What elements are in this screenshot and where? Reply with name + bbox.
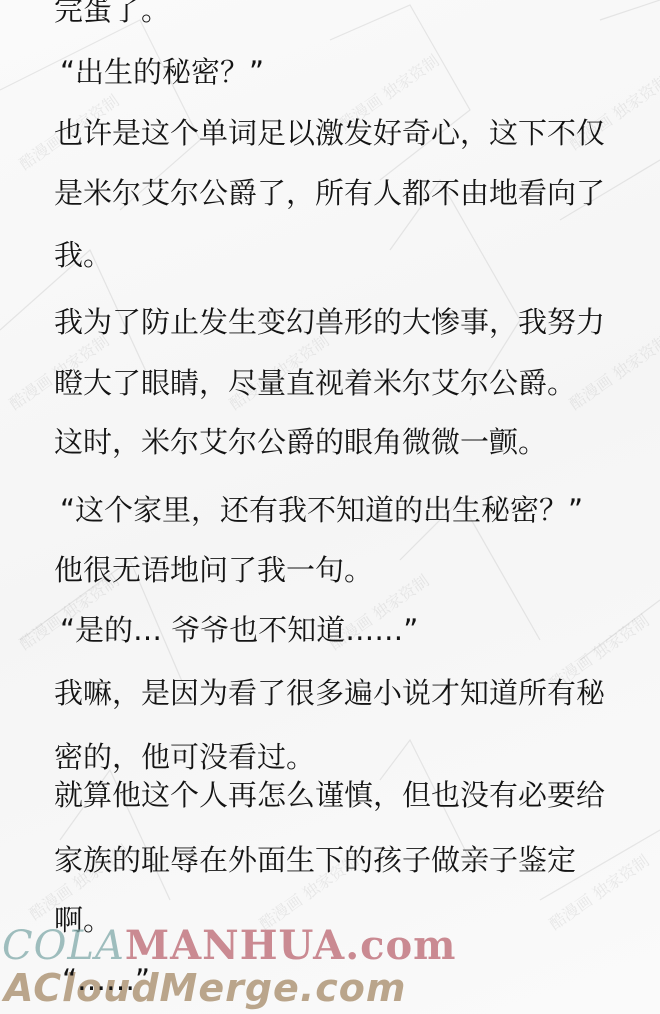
dialogue-line-ellipsis: “……” [62,962,150,998]
text-line: 也许是这个单词足以激发好奇心，这下不仅 [54,115,605,151]
text-line: 他很无语地问了我一句。 [54,552,373,588]
dialogue-line: “出生的秘密？” [60,54,264,90]
text-line: 这时，米尔艾尔公爵的眼角微微一颤。 [54,424,547,460]
text-line: 完蛋了。 [54,0,170,28]
text-line: 我为了防止发生变幻兽形的大惨事，我努力 [54,304,605,340]
watermark-manhua-text: MANHUA.com [125,922,457,969]
text-line: 密的，他可没看过。 [54,739,315,775]
text-line: 我嘛，是因为看了很多遍小说才知道所有秘 [54,675,605,711]
novel-page: 酷漫画 独家资制 酷漫画 独家资制 酷漫画 独家资制 酷漫画 独家资制 酷漫画 … [0,0,660,1014]
dialogue-line: “是的… 爷爷也不知道……” [60,612,418,648]
background-watermark-text: 酷漫画 独家资制 [564,328,660,414]
text-line: 瞪大了眼睛，尽量直视着米尔艾尔公爵。 [54,365,576,401]
text-line: 就算他这个人再怎么谨慎，但也没有必要给 [54,777,605,813]
dialogue-line: “这个家里，还有我不知道的出生秘密？” [60,492,583,528]
text-line: 是米尔艾尔公爵了，所有人都不由地看向了 [54,175,605,211]
text-line: 家族的耻辱在外面生下的孩子做亲子鉴定 [54,842,576,878]
text-line: 我。 [54,237,112,273]
